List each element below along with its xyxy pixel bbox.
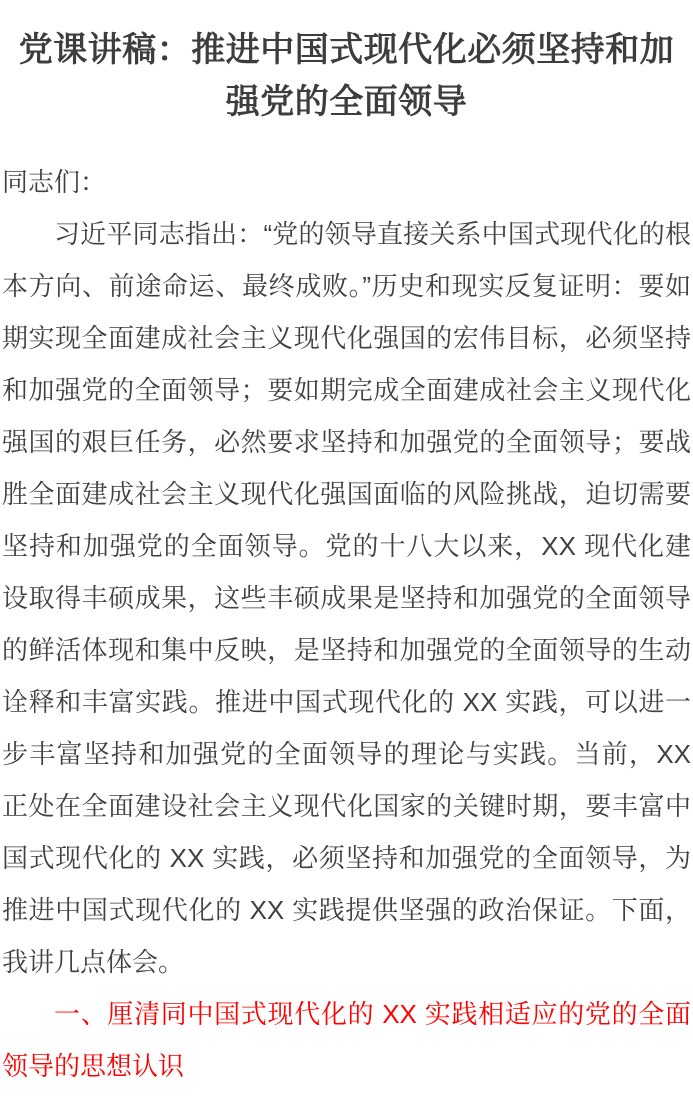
salutation: 同志们： (2, 156, 691, 208)
document-title: 党课讲稿：推进中国式现代化必须坚持和加强党的全面领导 (2, 24, 691, 128)
section-heading: 一、厘清同中国式现代化的 XX 实践相适应的党的全面领导的思想认识 (2, 988, 691, 1092)
document-page: 党课讲稿：推进中国式现代化必须坚持和加强党的全面领导 同志们： 习近平同志指出：… (0, 0, 693, 1097)
body-paragraph: 习近平同志指出：“党的领导直接关系中国式现代化的根本方向、前途命运、最终成败。”… (2, 208, 691, 988)
